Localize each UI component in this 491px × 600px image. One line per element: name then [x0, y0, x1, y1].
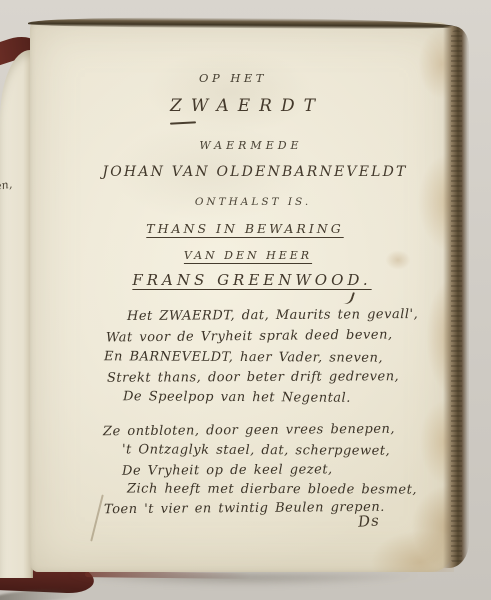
poem-line: Strekt thans, door beter drift gedreven, — [107, 369, 399, 386]
title-op-het: OP HET — [199, 71, 267, 85]
poem-line: 't Ontzaglyk stael, dat, scherpgewet, — [122, 442, 390, 458]
poem-line: De Speelpop van het Negental. — [123, 389, 351, 406]
flourish-underline — [170, 121, 196, 124]
title-frans-greenwood: FRANS GREENWOOD. — [132, 271, 371, 289]
poem-line: De Vryheit op de keel gezet, — [122, 462, 333, 478]
poet-signature: Ds — [357, 511, 380, 530]
title-onthalst-is: ONTHALST IS. — [195, 196, 311, 208]
title-johan-van-oldenbarneveldt: JOHAN VAN OLDENBARNEVELDT — [102, 164, 407, 180]
title-waermede: WAERMEDE — [199, 139, 302, 152]
title-thans-in-bewaring: THANS IN BEWARING — [146, 221, 343, 236]
title-van-den-heer: VAN DEN HEER — [184, 249, 312, 262]
poem-line: Zich heeft met dierbare bloede besmet, — [127, 481, 417, 497]
poem-line: En BARNEVELDT, haer Vader, sneven, — [104, 349, 383, 365]
poem-line: Wat voor de Vryheit sprak deed beven, — [106, 328, 393, 346]
poem-line: Ze ontbloten, door geen vrees benepen, — [103, 422, 395, 440]
manuscript-text: OP HET ZWAERDT WAERMEDE JOHAN VAN OLDENB… — [0, 0, 491, 600]
poem-line: Het ZWAERDT, dat, Maurits ten gevall', — [127, 307, 418, 324]
poem-line: Toen 't vier en twintig Beulen grepen. — [104, 500, 385, 517]
pen-mark — [342, 290, 355, 306]
title-zwaerdt: ZWAERDT — [170, 96, 324, 116]
manuscript-photo: en, OP HET ZWAERDT WAERMEDE JOHAN VAN OL… — [0, 0, 491, 600]
